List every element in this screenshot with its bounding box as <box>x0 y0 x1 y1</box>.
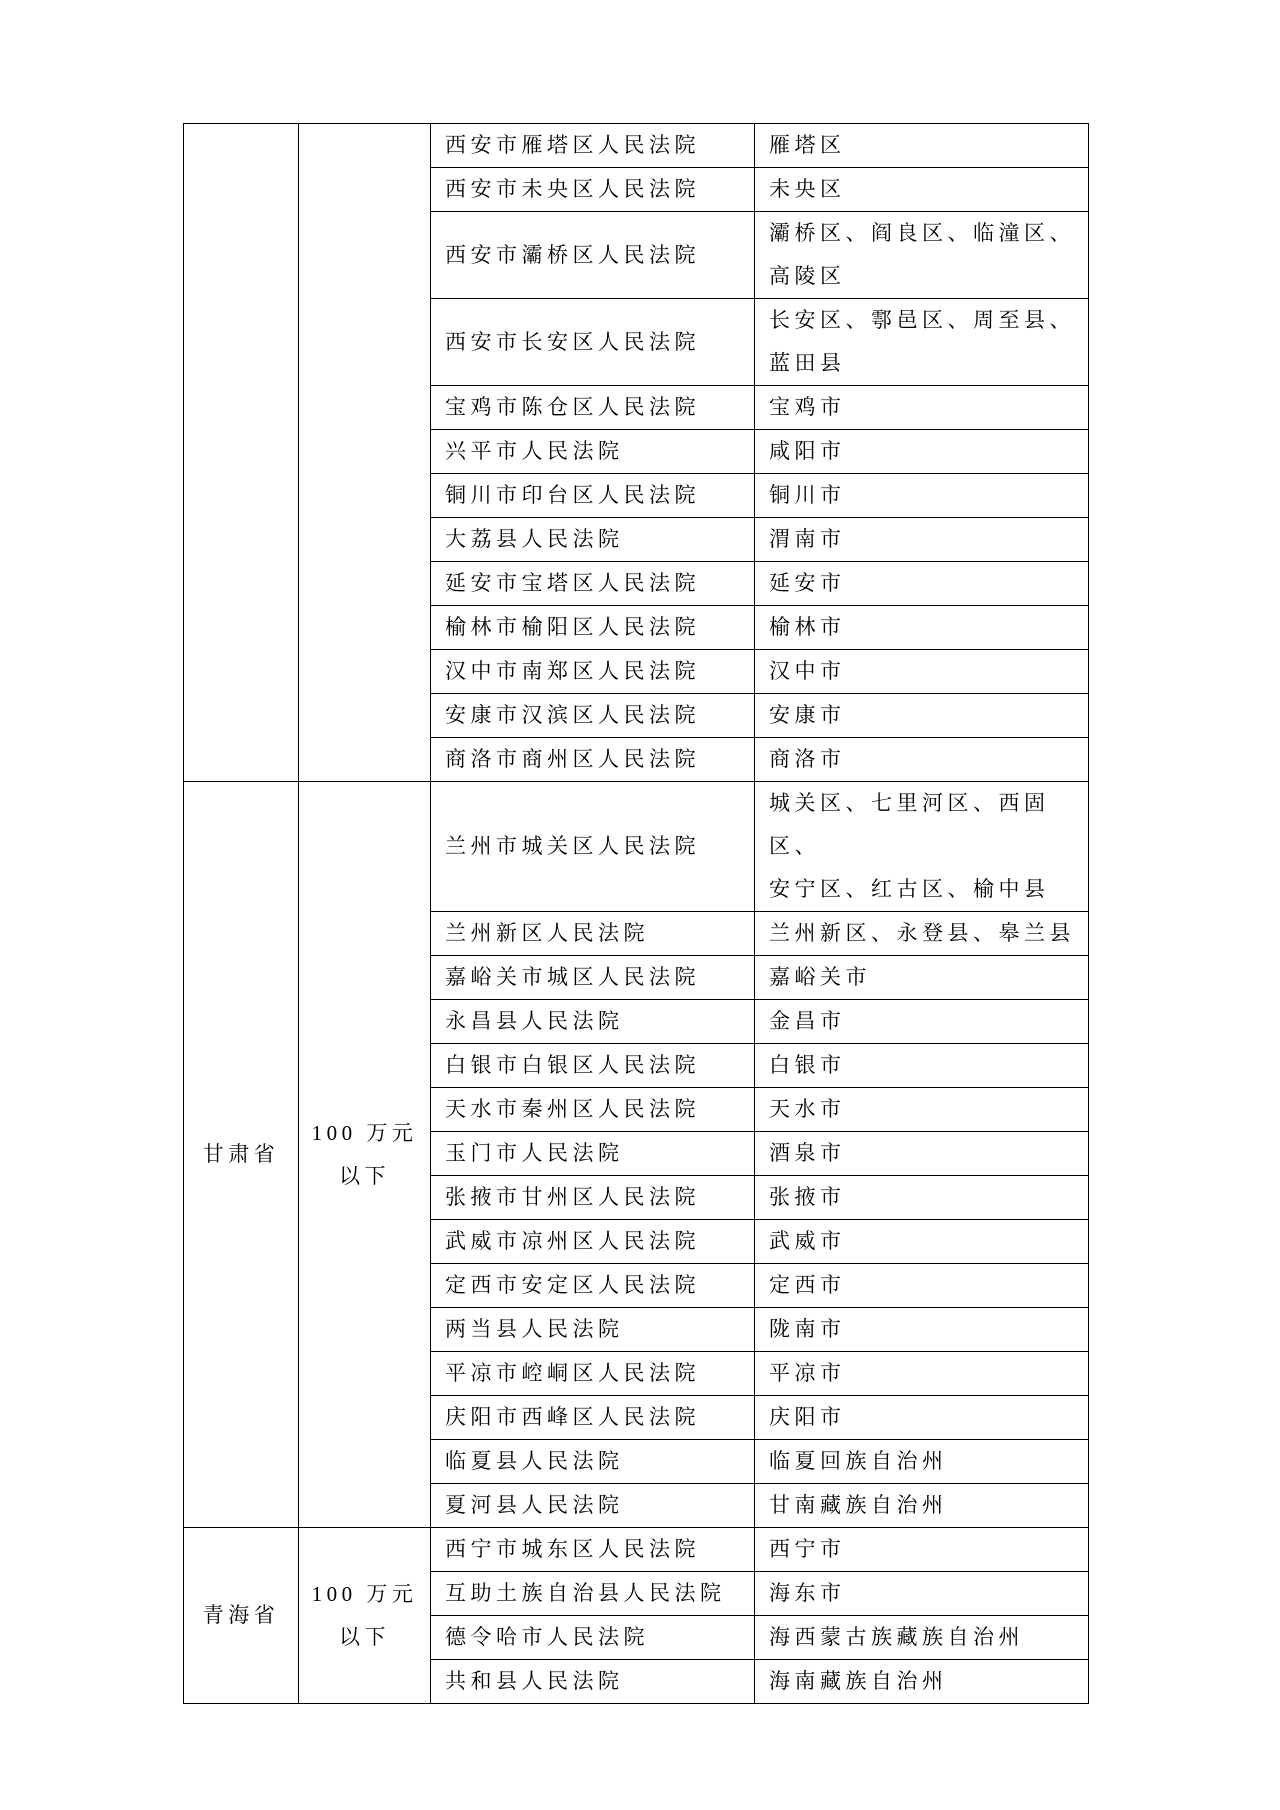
court-name-cell: 张掖市甘州区人民法院 <box>431 1176 755 1220</box>
amount-threshold-line-2: 以下 <box>299 1155 430 1198</box>
jurisdiction-cell: 天水市 <box>755 1088 1089 1132</box>
province-cell <box>184 124 299 782</box>
jurisdiction-cell: 庆阳市 <box>755 1396 1089 1440</box>
jurisdiction-cell: 兰州新区、永登县、皋兰县 <box>755 912 1089 956</box>
court-name-cell: 武威市凉州区人民法院 <box>431 1220 755 1264</box>
court-name-cell: 西安市雁塔区人民法院 <box>431 124 755 168</box>
jurisdiction-cell: 宝鸡市 <box>755 386 1089 430</box>
amount-threshold-cell: 100 万元以下 <box>299 782 431 1528</box>
court-name-cell: 嘉峪关市城区人民法院 <box>431 956 755 1000</box>
table-row: 甘肃省100 万元以下兰州市城关区人民法院城关区、七里河区、西固区、 安宁区、红… <box>184 782 1089 912</box>
jurisdiction-cell: 未央区 <box>755 168 1089 212</box>
jurisdiction-cell: 嘉峪关市 <box>755 956 1089 1000</box>
jurisdiction-cell: 雁塔区 <box>755 124 1089 168</box>
amount-threshold-line-1: 100 万元 <box>299 1112 430 1155</box>
jurisdiction-cell: 酒泉市 <box>755 1132 1089 1176</box>
court-name-cell: 兰州市城关区人民法院 <box>431 782 755 912</box>
jurisdiction-cell: 商洛市 <box>755 738 1089 782</box>
jurisdiction-cell: 汉中市 <box>755 650 1089 694</box>
court-name-cell: 西安市未央区人民法院 <box>431 168 755 212</box>
jurisdiction-cell: 白银市 <box>755 1044 1089 1088</box>
jurisdiction-cell: 海西蒙古族藏族自治州 <box>755 1616 1089 1660</box>
court-name-cell: 永昌县人民法院 <box>431 1000 755 1044</box>
court-name-cell: 平凉市崆峒区人民法院 <box>431 1352 755 1396</box>
jurisdiction-cell: 平凉市 <box>755 1352 1089 1396</box>
court-name-cell: 共和县人民法院 <box>431 1660 755 1704</box>
court-name-cell: 大荔县人民法院 <box>431 518 755 562</box>
jurisdiction-cell: 灞桥区、阎良区、临潼区、 高陵区 <box>755 212 1089 299</box>
jurisdiction-cell: 临夏回族自治州 <box>755 1440 1089 1484</box>
court-name-cell: 定西市安定区人民法院 <box>431 1264 755 1308</box>
court-name-cell: 铜川市印台区人民法院 <box>431 474 755 518</box>
amount-threshold-line-1: 100 万元 <box>299 1573 430 1616</box>
court-name-cell: 延安市宝塔区人民法院 <box>431 562 755 606</box>
jurisdiction-cell: 延安市 <box>755 562 1089 606</box>
court-name-cell: 临夏县人民法院 <box>431 1440 755 1484</box>
jurisdiction-cell: 陇南市 <box>755 1308 1089 1352</box>
table-body: 西安市雁塔区人民法院雁塔区西安市未央区人民法院未央区西安市灞桥区人民法院灞桥区、… <box>184 124 1089 1704</box>
document-page: 西安市雁塔区人民法院雁塔区西安市未央区人民法院未央区西安市灞桥区人民法院灞桥区、… <box>0 0 1280 1810</box>
province-cell: 青海省 <box>184 1528 299 1704</box>
jurisdiction-cell: 西宁市 <box>755 1528 1089 1572</box>
province-cell: 甘肃省 <box>184 782 299 1528</box>
court-name-cell: 西安市长安区人民法院 <box>431 299 755 386</box>
table-row: 西安市雁塔区人民法院雁塔区 <box>184 124 1089 168</box>
court-name-cell: 互助土族自治县人民法院 <box>431 1572 755 1616</box>
court-name-cell: 夏河县人民法院 <box>431 1484 755 1528</box>
amount-threshold-cell: 100 万元以下 <box>299 1528 431 1704</box>
jurisdiction-cell: 定西市 <box>755 1264 1089 1308</box>
jurisdiction-cell: 甘南藏族自治州 <box>755 1484 1089 1528</box>
court-name-cell: 汉中市南郑区人民法院 <box>431 650 755 694</box>
jurisdiction-cell: 武威市 <box>755 1220 1089 1264</box>
court-name-cell: 西宁市城东区人民法院 <box>431 1528 755 1572</box>
jurisdiction-cell: 金昌市 <box>755 1000 1089 1044</box>
jurisdiction-cell: 咸阳市 <box>755 430 1089 474</box>
court-name-cell: 榆林市榆阳区人民法院 <box>431 606 755 650</box>
court-name-cell: 兰州新区人民法院 <box>431 912 755 956</box>
court-name-cell: 安康市汉滨区人民法院 <box>431 694 755 738</box>
court-name-cell: 白银市白银区人民法院 <box>431 1044 755 1088</box>
court-name-cell: 庆阳市西峰区人民法院 <box>431 1396 755 1440</box>
jurisdiction-cell: 张掖市 <box>755 1176 1089 1220</box>
court-jurisdiction-table: 西安市雁塔区人民法院雁塔区西安市未央区人民法院未央区西安市灞桥区人民法院灞桥区、… <box>183 123 1089 1704</box>
amount-threshold-line-2: 以下 <box>299 1616 430 1659</box>
jurisdiction-cell: 铜川市 <box>755 474 1089 518</box>
jurisdiction-cell: 长安区、鄠邑区、周至县、 蓝田县 <box>755 299 1089 386</box>
jurisdiction-cell: 海东市 <box>755 1572 1089 1616</box>
table-row: 青海省100 万元以下西宁市城东区人民法院西宁市 <box>184 1528 1089 1572</box>
court-name-cell: 商洛市商州区人民法院 <box>431 738 755 782</box>
court-name-cell: 兴平市人民法院 <box>431 430 755 474</box>
court-name-cell: 德令哈市人民法院 <box>431 1616 755 1660</box>
amount-threshold-cell <box>299 124 431 782</box>
court-name-cell: 玉门市人民法院 <box>431 1132 755 1176</box>
jurisdiction-cell: 城关区、七里河区、西固区、 安宁区、红古区、榆中县 <box>755 782 1089 912</box>
jurisdiction-cell: 渭南市 <box>755 518 1089 562</box>
jurisdiction-cell: 榆林市 <box>755 606 1089 650</box>
court-name-cell: 西安市灞桥区人民法院 <box>431 212 755 299</box>
court-name-cell: 天水市秦州区人民法院 <box>431 1088 755 1132</box>
jurisdiction-cell: 海南藏族自治州 <box>755 1660 1089 1704</box>
court-name-cell: 两当县人民法院 <box>431 1308 755 1352</box>
jurisdiction-cell: 安康市 <box>755 694 1089 738</box>
court-name-cell: 宝鸡市陈仓区人民法院 <box>431 386 755 430</box>
